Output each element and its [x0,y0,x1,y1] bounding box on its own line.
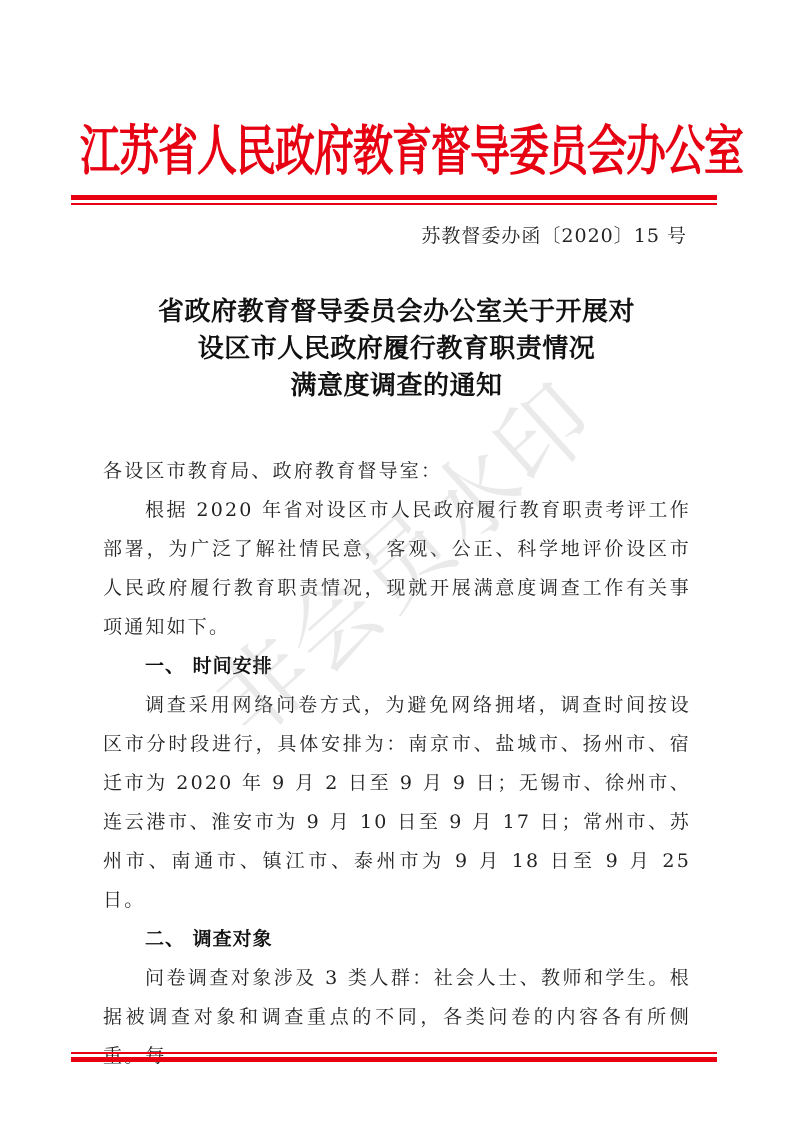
footer-thick-rule [71,1057,717,1062]
issuer-red-header: 江苏省人民政府教育督导委员会办公室 [80,105,716,200]
section-heading-targets: 二、 调查对象 [103,920,691,959]
title-line-2: 设区市人民政府履行教育职责情况 [60,331,733,368]
salutation: 各设区市教育局、政府教育督导室： [103,452,691,491]
section-paragraph-schedule: 调查采用网络问卷方式，为避免网络拥堵，调查时间按设区市分时段进行，具体安排为：南… [103,686,691,920]
footer-thin-rule [71,1052,717,1054]
document-body: 各设区市教育局、政府教育督导室： 根据 2020 年省对设区市人民政府履行教育职… [103,452,691,1076]
document-page: 江苏省人民政府教育督导委员会办公室 苏教督委办函〔2020〕15 号 省政府教育… [0,0,793,1122]
header-thin-rule [71,203,717,205]
title-line-3: 满意度调查的通知 [60,368,733,405]
section-heading-schedule: 一、 时间安排 [103,647,691,686]
document-number: 苏教督委办函〔2020〕15 号 [421,222,687,250]
title-line-1: 省政府教育督导委员会办公室关于开展对 [60,294,733,331]
document-title: 省政府教育督导委员会办公室关于开展对 设区市人民政府履行教育职责情况 满意度调查… [60,294,733,405]
header-thick-rule [71,195,717,200]
intro-paragraph: 根据 2020 年省对设区市人民政府履行教育职责考评工作部署，为广泛了解社情民意… [103,491,691,647]
